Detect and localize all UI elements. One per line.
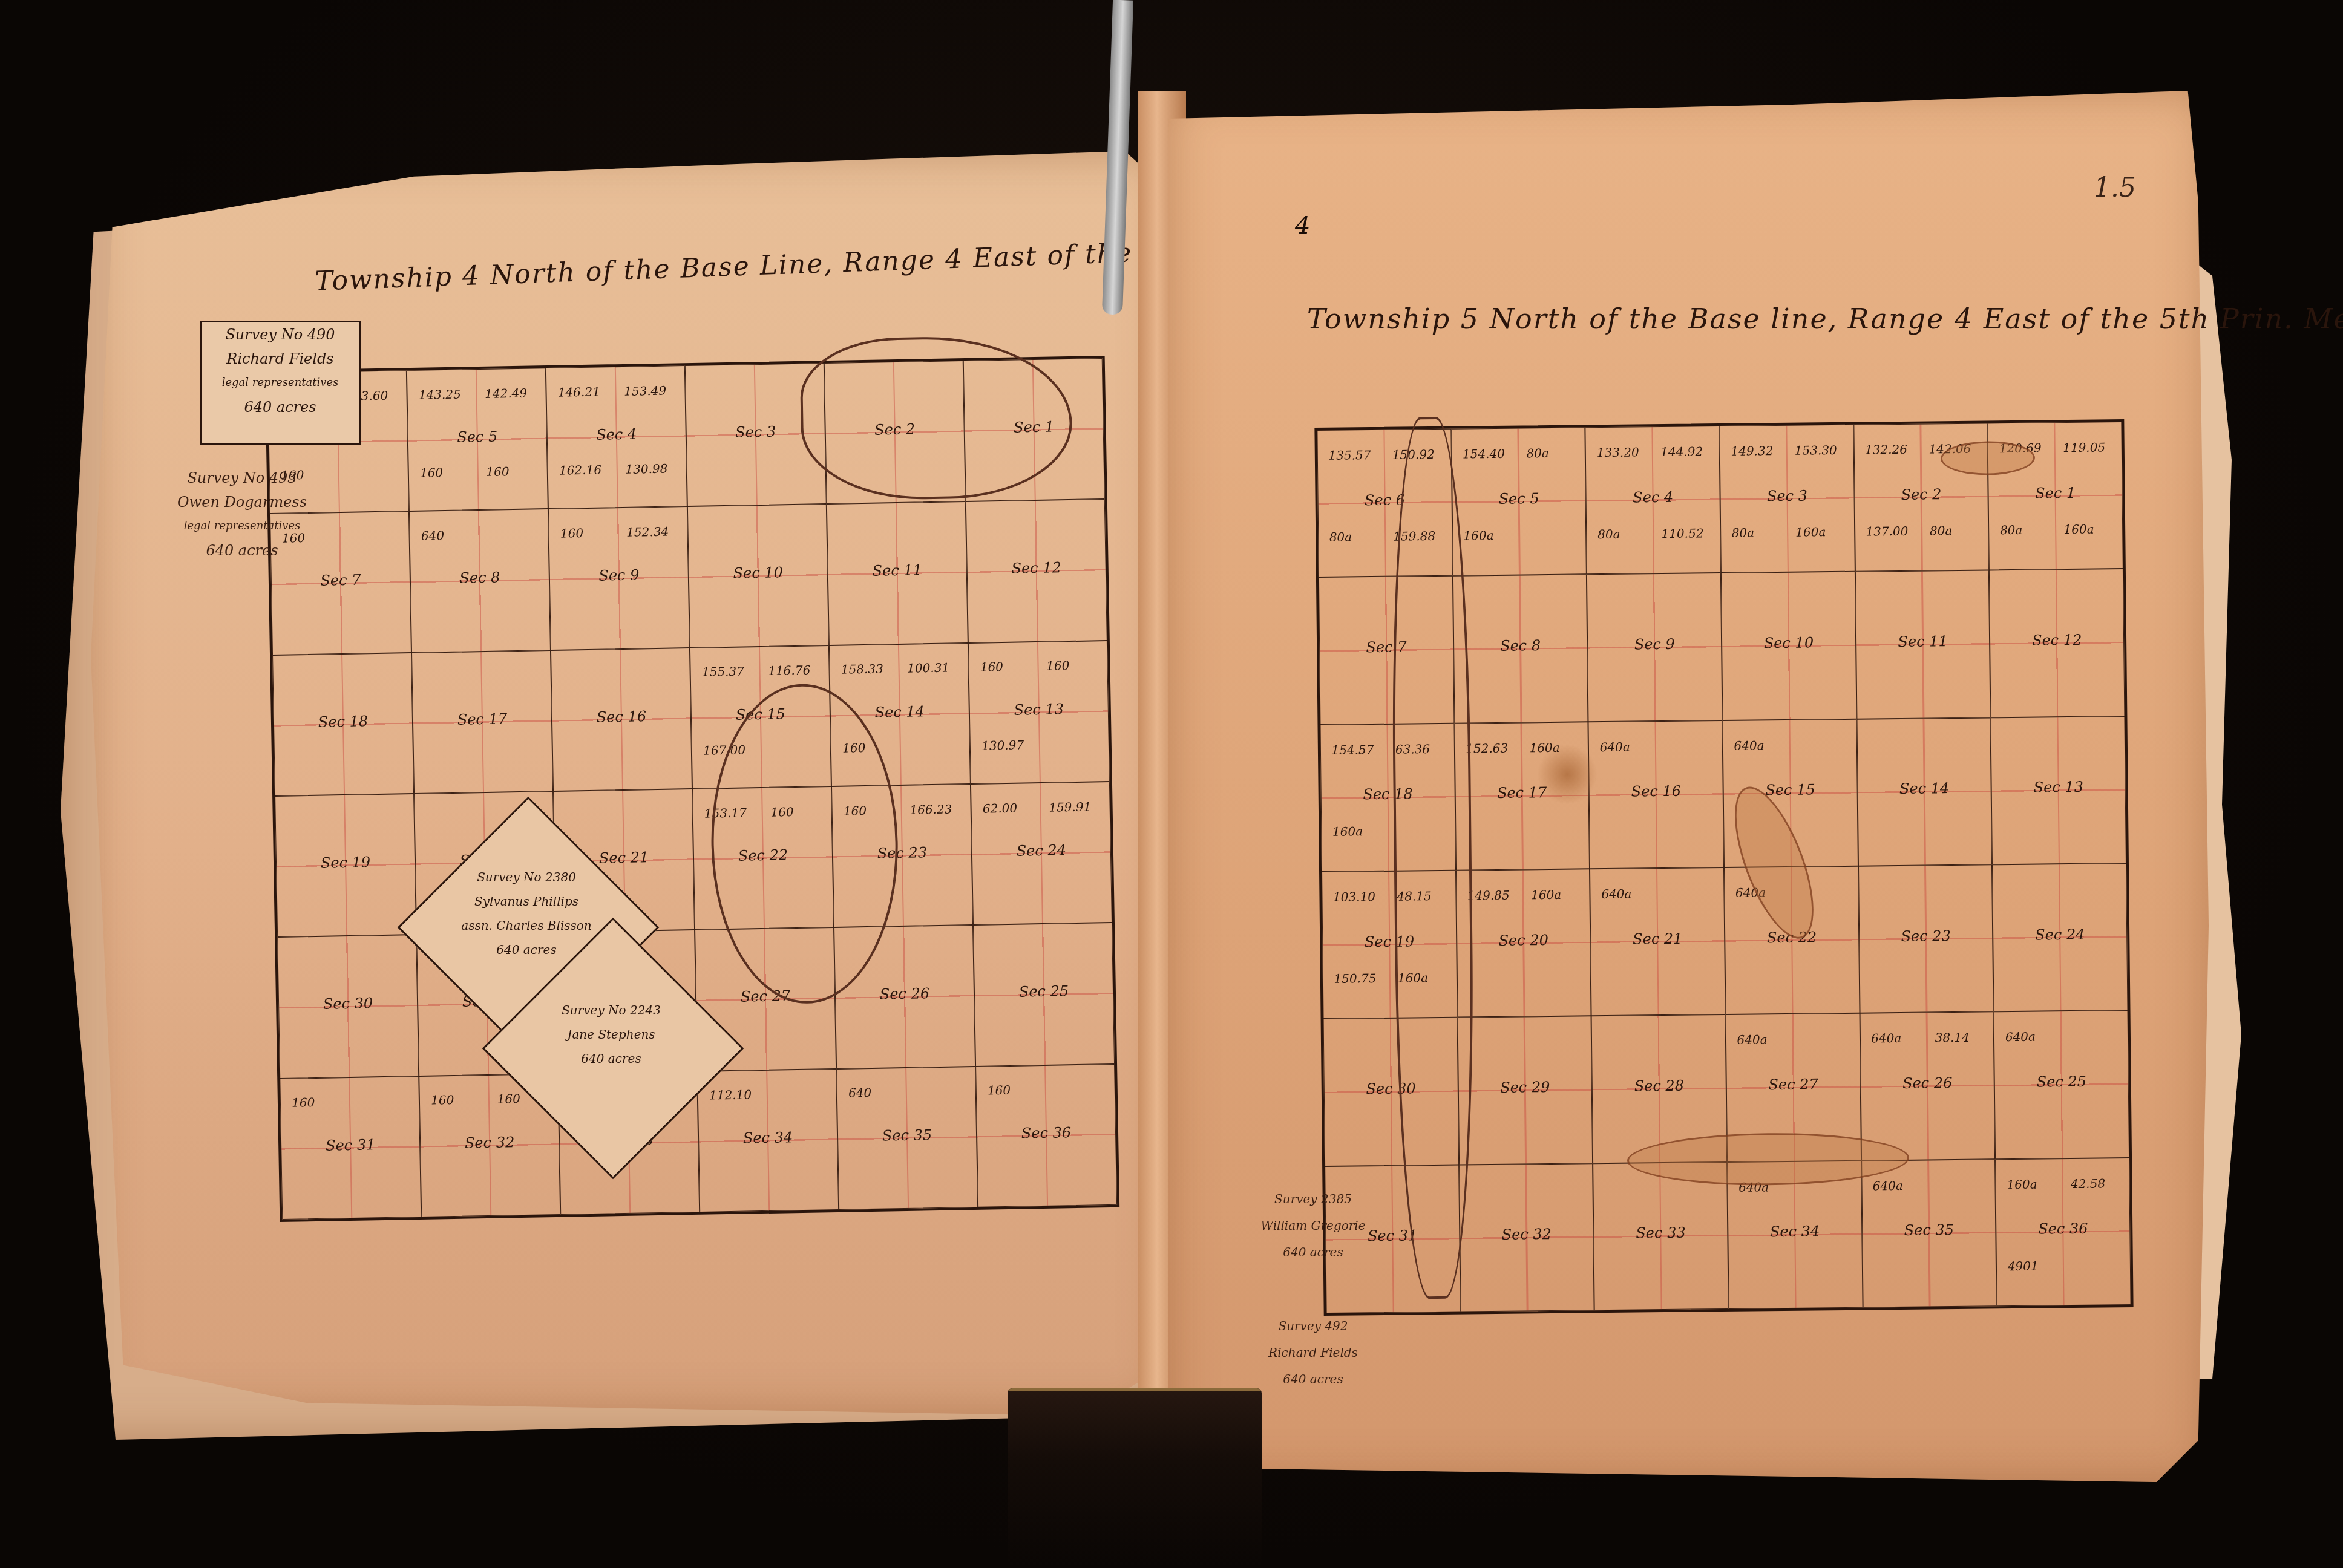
section-cell: Sec 20149.85160a [1456, 869, 1591, 1018]
section-label: Sec 24 [1016, 841, 1066, 859]
survey-line: legal representatives [151, 514, 333, 538]
survey-line: 640 acres [1247, 1366, 1380, 1393]
acreage-value: 103.10 [1333, 889, 1375, 904]
acreage-value: 160 [292, 1095, 315, 1110]
section-cell: Sec 3149.32153.3080a160a [1719, 425, 1855, 573]
section-label: Sec 8 [1500, 637, 1541, 655]
section-label: Sec 24 [2035, 926, 2085, 944]
survey-box-490: Survey No 490 Richard Fields legal repre… [200, 321, 361, 445]
section-label: Sec 31 [326, 1136, 376, 1154]
section-cell: Sec 36160 [975, 1064, 1117, 1207]
section-cell: Sec 30 [277, 935, 419, 1078]
section-cell: Sec 9160152.34 [548, 506, 690, 650]
section-cell: Sec 12 [966, 499, 1107, 642]
acreage-value: 149.32 [1731, 443, 1773, 459]
section-label: Sec 36 [1021, 1124, 1072, 1142]
acreage-value: 640a [1873, 1178, 1903, 1194]
acreage-value: 130.97 [981, 737, 1024, 753]
section-label: Sec 3 [1767, 487, 1807, 505]
section-cell: Sec 34112.10 [697, 1069, 839, 1212]
survey-line: Survey No 493 [151, 466, 333, 490]
section-label: Sec 11 [872, 562, 922, 580]
acreage-value: 142.49 [485, 385, 527, 400]
acreage-value: 160 [497, 1091, 520, 1106]
acreage-value: 135.57 [1328, 448, 1371, 463]
survey-line: 640 acres [502, 1047, 720, 1071]
acreage-value: 150.75 [1334, 971, 1376, 986]
section-label: Sec 29 [1500, 1079, 1550, 1096]
section-label: Sec 4 [1633, 489, 1673, 506]
acreage-value: 112.10 [709, 1088, 752, 1103]
section-label: Sec 32 [465, 1134, 515, 1151]
survey-line: Sylvanus Phillips [418, 889, 635, 913]
ink-stain [1537, 744, 1597, 805]
section-cell: Sec 4133.20144.9280a110.52 [1585, 426, 1721, 575]
section-label: Sec 11 [1898, 633, 1948, 650]
section-cell: Sec 36160a42.584901 [1995, 1158, 2131, 1307]
acreage-value: 80a [1732, 526, 1755, 540]
acreage-value: 154.57 [1331, 742, 1374, 757]
acreage-value: 4901 [2008, 1258, 2039, 1273]
section-cell: Sec 21640a [1590, 867, 1725, 1016]
section-label: Sec 16 [597, 708, 647, 725]
section-label: Sec 3 [735, 423, 776, 441]
section-label: Sec 25 [2037, 1073, 2087, 1091]
section-cell: Sec 8 [1453, 575, 1588, 724]
section-label: Sec 1 [2035, 485, 2076, 502]
section-label: Sec 10 [1764, 635, 1814, 652]
survey-line: Survey No 2380 [418, 865, 635, 889]
acreage-value: 160a [2007, 1177, 2037, 1192]
acreage-value: 80a [1329, 530, 1352, 544]
section-cell: Sec 24 [1992, 863, 2128, 1012]
section-cell: Sec 5154.4080a160a [1451, 427, 1587, 576]
acreage-value: 100.31 [907, 661, 949, 676]
section-cell: Sec 13 [1991, 716, 2126, 865]
survey-line: Survey No 490 [202, 322, 359, 347]
survey-line: Richard Fields [1247, 1339, 1380, 1366]
right-township-grid: Sec 6135.57150.9280a159.88Sec 5154.4080a… [1314, 419, 2133, 1316]
acreage-value: 132.26 [1865, 442, 1907, 457]
acreage-value: 640a [1871, 1031, 1901, 1046]
acreage-value: 154.40 [1463, 446, 1505, 462]
section-label: Sec 5 [457, 428, 497, 446]
section-cell: Sec 32 [1459, 1163, 1594, 1312]
survey-line: 640 acres [151, 538, 333, 563]
survey-line: Survey No 2243 [502, 998, 720, 1022]
page-number: 1.5 [2094, 172, 2136, 203]
acreage-value: 153.30 [1795, 443, 1837, 458]
section-label: Sec 17 [457, 710, 508, 728]
acreage-value: 640a [2005, 1030, 2036, 1045]
acreage-value: 80a [1597, 527, 1620, 541]
acreage-value: 160a [1795, 524, 1826, 540]
section-label: Sec 19 [321, 854, 371, 871]
section-cell: Sec 33 [1593, 1162, 1728, 1311]
section-cell: Sec 12 [1989, 569, 2125, 717]
acreage-value: 62.00 [983, 800, 1018, 815]
section-cell: Sec 16 [551, 648, 692, 791]
section-label: Sec 13 [1014, 701, 1064, 718]
section-label: Sec 12 [1011, 560, 1061, 577]
section-label: Sec 26 [880, 985, 930, 1003]
acreage-value: 146.21 [558, 384, 600, 399]
section-label: Sec 35 [1904, 1222, 1955, 1240]
section-label: Sec 5 [1498, 490, 1539, 508]
acreage-value: 149.85 [1467, 888, 1510, 903]
section-cell: Sec 14 [1856, 717, 1992, 866]
acreage-value: 152.63 [1466, 740, 1508, 756]
section-label: Sec 28 [1634, 1077, 1685, 1095]
survey-line: Survey 2385 [1247, 1186, 1380, 1212]
acreage-value: 80a [1526, 446, 1549, 460]
survey-line: William Gregorie [1247, 1212, 1380, 1239]
acreage-value: 160a [1332, 824, 1363, 839]
survey-line: Survey 492 [1247, 1313, 1380, 1339]
section-cell: Sec 10 [1721, 572, 1856, 720]
section-cell: Sec 4146.21153.49162.16130.98 [546, 365, 687, 509]
section-label: Sec 9 [598, 567, 639, 584]
section-label: Sec 14 [1899, 780, 1950, 798]
acreage-value: 160 [431, 1093, 454, 1108]
section-label: Sec 21 [1633, 930, 1683, 948]
section-label: Sec 33 [1636, 1224, 1686, 1242]
section-cell: Sec 11 [1855, 570, 1991, 719]
section-cell: Sec 17 [411, 650, 553, 794]
acreage-value: 133.20 [1597, 445, 1639, 460]
acreage-value: 155.37 [702, 664, 744, 679]
section-cell: Sec 16640a [1588, 720, 1724, 869]
acreage-value: 38.14 [1935, 1030, 1970, 1045]
section-cell: Sec 18 [272, 653, 414, 796]
acreage-value: 159.91 [1049, 799, 1091, 814]
section-cell: Sec 9 [1587, 573, 1722, 722]
section-cell: Sec 5143.25142.49160160 [407, 368, 548, 511]
acreage-value: 80a [1930, 523, 1953, 538]
section-label: Sec 10 [733, 564, 783, 582]
acreage-value: 640 [848, 1085, 872, 1100]
section-cell: Sec 35640 [836, 1067, 978, 1210]
section-label: Sec 14 [874, 703, 925, 720]
acreage-value: 640 [421, 528, 445, 543]
acreage-value: 160a [1463, 528, 1493, 543]
section-cell: Sec 11 [827, 501, 968, 645]
top-mark: 4 [1295, 212, 1310, 240]
section-label: Sec 13 [2034, 779, 2084, 796]
section-label: Sec 16 [1631, 783, 1682, 800]
section-label: Sec 30 [323, 995, 373, 1013]
acreage-value: 166.23 [909, 802, 952, 817]
section-cell: Sec 8640 [409, 509, 551, 652]
acreage-value: 130.98 [625, 462, 667, 477]
acreage-value: 152.34 [626, 524, 669, 540]
section-label: Sec 26 [1902, 1074, 1953, 1092]
acreage-value: 80a [2000, 523, 2023, 537]
section-cell: Sec 26640a38.14 [1860, 1012, 1995, 1161]
acreage-value: 158.33 [841, 662, 883, 677]
section-cell: Sec 2462.00159.91 [971, 782, 1112, 925]
section-cell: Sec 25640a [1994, 1010, 2129, 1159]
right-page-title: Township 5 North of the Base line, Range… [1307, 302, 2343, 335]
acreage-value: 42.58 [2071, 1176, 2106, 1191]
survey-line: Owen Dogarmess [151, 490, 333, 514]
acreage-value: 640a [1600, 739, 1630, 754]
section-cell: Sec 19 [275, 794, 416, 937]
acreage-value: 144.92 [1660, 444, 1703, 459]
section-label: Sec 15 [1765, 782, 1815, 799]
acreage-value: 160 [420, 465, 444, 480]
section-label: Sec 20 [1498, 932, 1548, 949]
acreage-value: 160 [1046, 658, 1070, 673]
acreage-value: 143.25 [419, 387, 461, 402]
survey-line: 640 acres [202, 395, 359, 419]
acreage-value: 160a [1531, 887, 1561, 903]
section-cell: Sec 23 [1858, 864, 1994, 1013]
acreage-value: 137.00 [1866, 524, 1908, 539]
section-label: Sec 36 [2038, 1220, 2088, 1238]
survey-line: Jane Stephens [502, 1022, 720, 1047]
section-label: Sec 23 [1901, 927, 1951, 945]
section-cell: Sec 29 [1457, 1016, 1593, 1165]
section-label: Sec 4 [596, 426, 637, 443]
acreage-value: 160 [988, 1083, 1011, 1098]
section-label: Sec 21 [599, 849, 649, 866]
section-label: Sec 34 [1770, 1223, 1820, 1241]
acreage-value: 640a [1737, 1033, 1767, 1048]
section-cell: Sec 35640a [1861, 1159, 1997, 1308]
section-cell: Sec 10 [687, 504, 829, 647]
acreage-value: 160 [486, 464, 510, 479]
section-label: Sec 6 [1365, 491, 1405, 509]
section-cell: Sec 13160160130.97 [968, 641, 1110, 784]
acreage-value: 640a [1601, 887, 1631, 902]
survey-line: Richard Fields [202, 347, 359, 371]
section-label: Sec 9 [1634, 636, 1675, 653]
section-cell: Sec 31160 [280, 1076, 421, 1220]
survey-note-2385: Survey 2385 William Gregorie 640 acres [1247, 1186, 1380, 1266]
acreage-value: 153.49 [624, 383, 666, 398]
survey-note-492: Survey 492 Richard Fields 640 acres [1247, 1313, 1380, 1393]
survey-2243-text: Survey No 2243 Jane Stephens 640 acres [502, 998, 720, 1071]
acreage-value: 110.52 [1661, 526, 1703, 541]
section-cell: Sec 25 [973, 923, 1115, 1066]
section-label: Sec 8 [459, 569, 500, 587]
section-label: Sec 12 [2032, 632, 2082, 649]
section-label: Sec 34 [743, 1129, 793, 1146]
book-weight [1008, 1388, 1262, 1568]
acreage-value: 160a [2063, 522, 2094, 537]
survey-note-493: Survey No 493 Owen Dogarmess legal repre… [151, 466, 333, 563]
acreage-value: 160 [560, 526, 584, 541]
acreage-value: 116.76 [768, 663, 810, 678]
section-label: Sec 32 [1502, 1226, 1552, 1244]
survey-line: legal representatives [202, 371, 359, 395]
acreage-value: 162.16 [559, 463, 601, 478]
survey-line: 640 acres [1247, 1239, 1380, 1266]
acreage-value: 119.05 [2063, 440, 2105, 455]
section-label: Sec 25 [1019, 983, 1069, 1001]
section-label: Sec 7 [320, 572, 361, 589]
section-label: Sec 18 [318, 713, 369, 730]
section-label: Sec 2 [1901, 486, 1941, 503]
acreage-value: 160 [980, 659, 1004, 675]
section-label: Sec 27 [1768, 1076, 1818, 1094]
acreage-value: 640a [1734, 738, 1764, 753]
section-label: Sec 35 [882, 1126, 932, 1144]
